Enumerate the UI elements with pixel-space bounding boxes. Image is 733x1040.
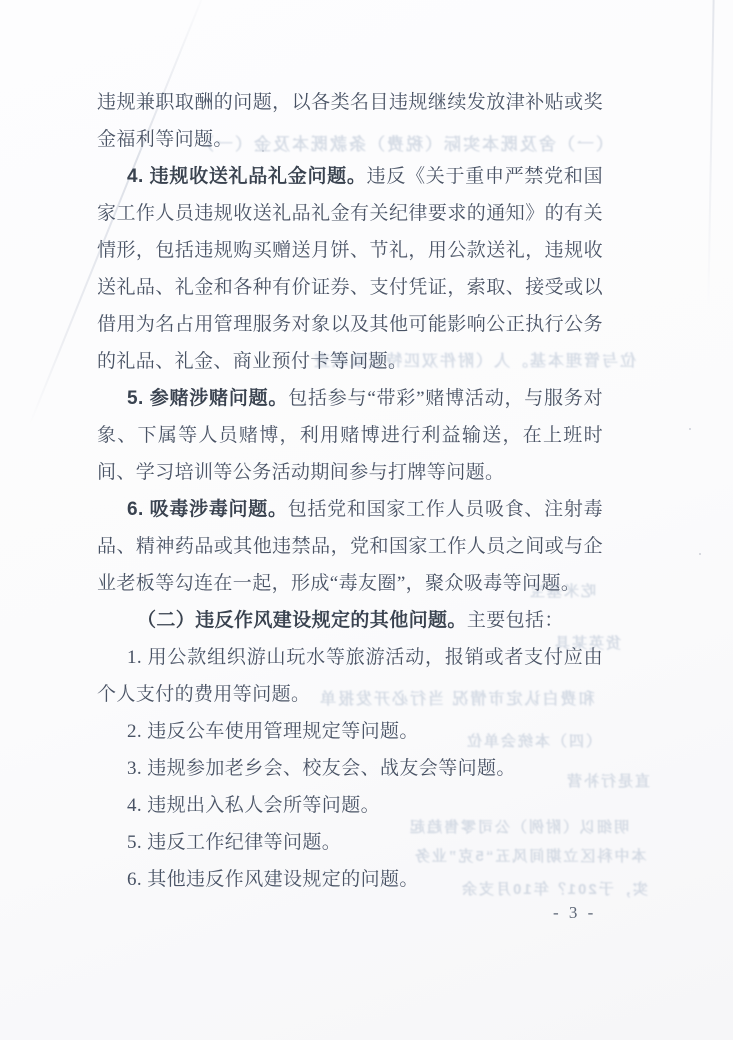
paragraph-heading: 5. 参赌涉赌问题。 xyxy=(127,388,288,409)
paragraph-text: 违反《关于重申严禁党和国家工作人员违规收送礼品礼金有关纪律要求的通知》的有关情形… xyxy=(97,166,603,372)
paragraph: 5. 违反工作纪律等问题。 xyxy=(97,824,603,861)
paragraph: 6. 吸毒涉毒问题。包括党和国家工作人员吸食、注射毒品、精神药品或其他违禁品，党… xyxy=(97,491,603,602)
paragraph: 4. 违规出入私人会所等问题。 xyxy=(97,787,603,824)
paragraph-text: 3. 违规参加老乡会、校友会、战友会等问题。 xyxy=(127,758,516,779)
document-body: 违规兼职取酬的问题，以各类名目违规继续发放津补贴或奖金福利等问题。4. 违规收送… xyxy=(97,84,603,898)
paragraph-text: 6. 其他违反作风建设规定的问题。 xyxy=(127,869,419,890)
paragraph-heading: 4. 违规收送礼品礼金问题。 xyxy=(127,166,367,187)
paragraph: （二）违反作风建设规定的其他问题。主要包括： xyxy=(97,602,603,639)
paragraph: 2. 违反公车使用管理规定等问题。 xyxy=(97,713,603,750)
page-number: - 3 - xyxy=(553,903,596,923)
paragraph-text: 1. 用公款组织游山玩水等旅游活动，报销或者支付应由个人支付的费用等问题。 xyxy=(97,647,603,705)
paragraph-heading: 6. 吸毒涉毒问题。 xyxy=(127,499,288,520)
paragraph: 6. 其他违反作风建设规定的问题。 xyxy=(97,861,603,898)
paragraph-text: 4. 违规出入私人会所等问题。 xyxy=(127,795,380,816)
paragraph-text: 主要包括： xyxy=(467,610,564,631)
paragraph: 违规兼职取酬的问题，以各类名目违规继续发放津补贴或奖金福利等问题。 xyxy=(97,84,603,158)
paragraph: 4. 违规收送礼品礼金问题。违反《关于重申严禁党和国家工作人员违规收送礼品礼金有… xyxy=(97,158,603,380)
paragraph-text: 5. 违反工作纪律等问题。 xyxy=(127,832,341,853)
scan-speck xyxy=(699,553,701,555)
scan-speck xyxy=(689,428,691,430)
scanned-page: （一）舍及既本实际（税费）条款既本及金（一）位与管理本基。人（附件双匹特征取联查… xyxy=(0,0,733,1040)
paper-crease xyxy=(707,0,714,305)
paragraph: 5. 参赌涉赌问题。包括参与“带彩”赌博活动，与服务对象、下属等人员赌博，利用赌… xyxy=(97,380,603,491)
paragraph-heading: （二）违反作风建设规定的其他问题。 xyxy=(137,610,467,631)
paragraph: 1. 用公款组织游山玩水等旅游活动，报销或者支付应由个人支付的费用等问题。 xyxy=(97,639,603,713)
paragraph-text: 违规兼职取酬的问题，以各类名目违规继续发放津补贴或奖金福利等问题。 xyxy=(97,92,603,150)
paragraph-text: 2. 违反公车使用管理规定等问题。 xyxy=(127,721,419,742)
paragraph: 3. 违规参加老乡会、校友会、战友会等问题。 xyxy=(97,750,603,787)
